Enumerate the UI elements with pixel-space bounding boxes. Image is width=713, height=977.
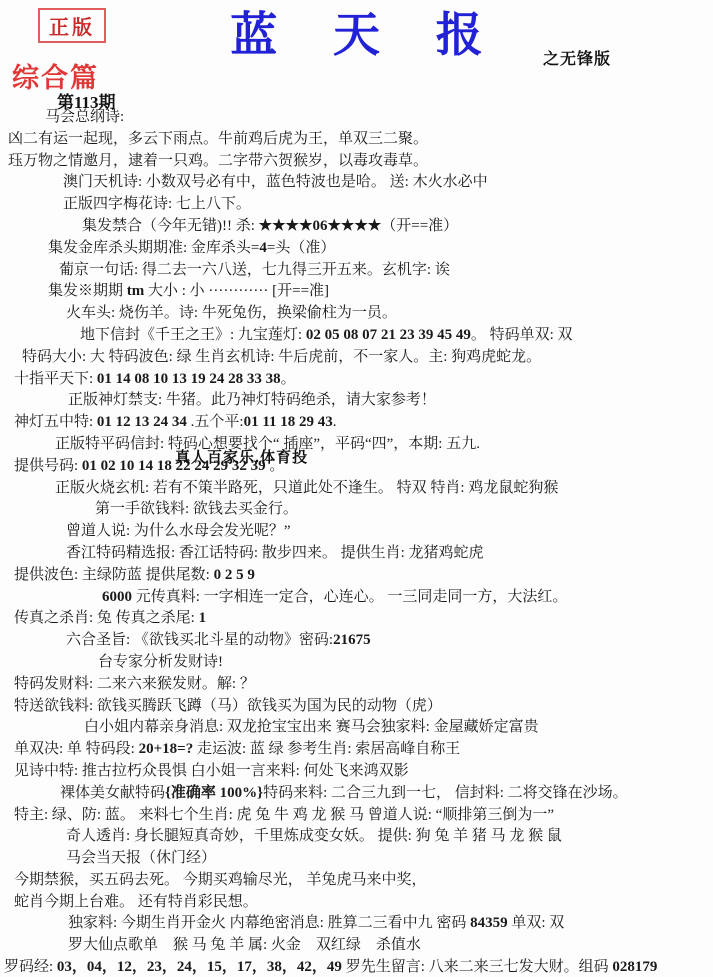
text-line: 集发金库杀头期期准: 金库杀头=4=头（准）	[0, 238, 713, 260]
text-line: 独家料: 今期生肖开金火 内幕绝密消息: 胜算二三看中九 密码 84359 单双…	[0, 913, 713, 935]
text-segment: 地下信封《千王之王》: 九宝莲灯:	[80, 327, 306, 343]
text-segment: 传真之杀肖: 兔 传真之杀尾:	[14, 610, 199, 626]
text-segment: 提供号码:	[14, 458, 82, 474]
text-segment: 火车头: 烧伤羊。诗: 牛死兔伤，换梁偷柱为一员。	[66, 305, 397, 321]
text-line: 集发※期期 tm 大小 : 小 ············ [开==准]	[0, 281, 713, 303]
text-segment-bold: 01 11 18 29 43	[244, 414, 333, 430]
text-line: 罗码经: 03，04，12，23，24，15，17，38，42，49 罗先生留言…	[0, 957, 713, 977]
text-line: 台专家分析发财诗!	[0, 652, 713, 674]
text-segment: 单双: 双	[508, 915, 565, 931]
text-segment: （开==准）	[381, 218, 458, 234]
text-line: 第一手欲钱料: 欲钱去买金行。	[0, 499, 713, 521]
edition-label: 之无锋版	[543, 46, 611, 69]
text-segment: 罗码经:	[4, 959, 57, 975]
text-line: 六合圣旨: 《欲钱买北斗星的动物》密码:21675	[0, 630, 713, 652]
text-line: 火车头: 烧伤羊。诗: 牛死兔伤，换梁偷柱为一员。	[0, 303, 713, 325]
text-segment-bold: 01 14 08 10 13 19 24 28 33 38	[97, 371, 281, 387]
text-line: 澳门天机诗: 小数双号必有中，蓝色特波也是哈。 送: 木火水必中	[0, 172, 713, 194]
text-line: 凶二有运一起现，多云下雨点。牛前鸡后虎为王，单双三二聚。	[0, 129, 713, 151]
text-line: 特码大小: 大 特码波色: 绿 生肖玄机诗: 牛后虎前，不一家人。主: 狗鸡虎蛇…	[0, 347, 713, 369]
text-segment: 正版四字梅花诗: 七上八下。	[63, 196, 251, 212]
text-segment: 。 特码单双: 双	[471, 327, 573, 343]
text-segment: 特码发财料: 二来六来猴发财。解: ？	[14, 676, 255, 692]
text-segment: .五个平:	[187, 414, 244, 430]
text-line: 白小姐内幕亲身消息: 双龙抢宝宝出来 赛马会独家料: 金屋藏娇定富贵	[0, 717, 713, 739]
text-segment: 大小 : 小 ············ [开==准]	[144, 283, 329, 299]
text-segment: 走运波: 蓝 绿 参考生肖: 索居高峰自称王	[193, 741, 460, 757]
text-line: 马会当天报（休门经）	[0, 848, 713, 870]
text-segment-bold: 1	[199, 610, 207, 626]
text-line: 地下信封《千王之王》: 九宝莲灯: 02 05 08 07 21 23 39 4…	[0, 325, 713, 347]
text-segment: 特主: 绿、防: 蓝。 来料七个生肖: 虎 兔 牛 鸡 龙 猴 马 曾道人说: …	[14, 807, 554, 823]
text-segment: 奇人透肖: 身长腿短真奇妙，千里炼成变女妖。 提供: 狗 兔 羊 猪 马 龙 猴…	[66, 828, 562, 844]
scanned-lottery-page: 正版 蓝 天 报 之无锋版 综合篇 第113期 马会总纲诗:凶二有运一起现，多云…	[0, 0, 713, 977]
text-segment: 曾道人说: 为什么水母会发光呢？”	[66, 523, 291, 539]
text-segment: 特送欲钱料: 欲钱买腾跃飞蹲（马）欲钱买为国为民的动物（虎）	[14, 698, 442, 714]
text-segment: 今期禁猴，买五码去死。 今期买鸡输尽光， 羊兔虎马来中奖，	[14, 872, 427, 888]
text-segment: 独家料: 今期生肖开金火 内幕绝密消息: 胜算二三看中九 密码	[68, 915, 470, 931]
text-line: 十指平天下: 01 14 08 10 13 19 24 28 33 38。	[0, 369, 713, 391]
text-line: 蛇肖今期上台难。 还有特肖彩民想。	[0, 892, 713, 914]
text-line: 裸体美女献特码{准确率 100%}特码来料: 二合三九到一七， 信封料: 二将交…	[0, 783, 713, 805]
text-segment: =头（准）	[267, 240, 335, 256]
text-segment: 元传真料: 一字相连一定合，心连心。 一三同走同一方，大法红。	[132, 589, 567, 605]
text-segment: 提供波色: 主绿防蓝 提供尾数:	[14, 567, 214, 583]
text-line: 今期禁猴，买五码去死。 今期买鸡输尽光， 羊兔虎马来中奖，	[0, 870, 713, 892]
text-segment: 十指平天下:	[14, 371, 97, 387]
text-line: 集发禁合（今年无错)!! 杀: ★★★★06★★★★（开==准）	[0, 216, 713, 238]
text-segment-bold: 03，04，12，23，24，15，17，38，42，49	[57, 959, 342, 975]
text-line: 正版火烧玄机: 若有不策半路死，只道此处不逢生。 特双 特肖: 鸡龙鼠蛇狗猴	[0, 478, 713, 500]
text-line: 曾道人说: 为什么水母会发光呢？”	[0, 521, 713, 543]
text-line: 特码发财料: 二来六来猴发财。解: ？	[0, 674, 713, 696]
text-line: 传真之杀肖: 兔 传真之杀尾: 1	[0, 608, 713, 630]
text-line: 6000 元传真料: 一字相连一定合，心连心。 一三同走同一方，大法红。	[0, 587, 713, 609]
text-segment: 六合圣旨: 《欲钱买北斗星的动物》密码:	[66, 632, 333, 648]
watermark-text: 真人百家乐.体育投	[175, 446, 308, 467]
text-segment: 马会总纲诗:	[45, 109, 124, 125]
text-line: 奇人透肖: 身长腿短真奇妙，千里炼成变女妖。 提供: 狗 兔 羊 猪 马 龙 猴…	[0, 826, 713, 848]
text-segment: 神灯五中特:	[14, 414, 97, 430]
text-segment-bold: ★★★★06★★★★	[259, 218, 382, 234]
text-line: 特送欲钱料: 欲钱买腾跃飞蹲（马）欲钱买为国为民的动物（虎）	[0, 696, 713, 718]
text-line: 神灯五中特: 01 12 13 24 34 .五个平:01 11 18 29 4…	[0, 412, 713, 434]
text-segment-bold: 02 05 08 07 21 23 39 45 49	[306, 327, 471, 343]
text-segment: 罗大仙点歌单 猴 马 兔 羊 属: 火金 双红绿 杀值水	[68, 937, 421, 953]
text-segment: 珏万物之情邀月，逮着一只鸡。二字带六贺猴岁，以毒攻毒草。	[8, 153, 428, 169]
text-segment: 香江特码精选报: 香江话特码: 散步四来。 提供生肖: 龙猪鸡蛇虎	[66, 545, 484, 561]
text-line: 正版特平码信封: 特码心想要找个“ 插座”，平码“四”，本期: 五九.	[0, 434, 713, 456]
text-segment-bold: 84359	[470, 915, 508, 931]
text-line: 特主: 绿、防: 蓝。 来料七个生肖: 虎 兔 牛 鸡 龙 猴 马 曾道人说: …	[0, 805, 713, 827]
text-segment-bold: {准确率 100%}	[165, 785, 263, 801]
text-segment: 马会当天报（休门经）	[66, 850, 216, 866]
text-line: 正版神灯禁支: 牛猪。此乃神灯特码绝杀，请大家参考！	[0, 390, 713, 412]
text-segment: 正版神灯禁支: 牛猪。此乃神灯特码绝杀，请大家参考！	[68, 392, 436, 408]
text-line: 葡京一句话: 得二去一六八送，七九得三开五来。玄机字: 诶	[0, 260, 713, 282]
text-segment: .	[333, 414, 337, 430]
text-segment-bold: tm	[127, 283, 145, 299]
text-segment: 特码大小: 大 特码波色: 绿 生肖玄机诗: 牛后虎前，不一家人。主: 狗鸡虎蛇…	[22, 349, 541, 365]
text-line: 香江特码精选报: 香江话特码: 散步四来。 提供生肖: 龙猪鸡蛇虎	[0, 543, 713, 565]
text-segment: 特码来料: 二合三九到一七， 信封料: 二将交锋在沙场。	[263, 785, 628, 801]
text-segment: 第一手欲钱料: 欲钱去买金行。	[95, 501, 298, 517]
text-segment: 葡京一句话: 得二去一六八送，七九得三开五来。玄机字: 诶	[59, 262, 450, 278]
text-segment-bold: 6000	[102, 589, 132, 605]
text-line: 单双决: 单 特码段: 20+18=? 走运波: 蓝 绿 参考生肖: 索居高峰自…	[0, 739, 713, 761]
text-segment: 白小姐内幕亲身消息: 双龙抢宝宝出来 赛马会独家料: 金屋藏娇定富贵	[84, 719, 539, 735]
text-segment: 蛇肖今期上台难。 还有特肖彩民想。	[14, 894, 258, 910]
text-segment-bold: 01 12 13 24 34	[97, 414, 187, 430]
text-segment-bold: 20+18=?	[139, 741, 194, 757]
text-line: 罗大仙点歌单 猴 马 兔 羊 属: 火金 双红绿 杀值水	[0, 935, 713, 957]
text-segment: 凶二有运一起现，多云下雨点。牛前鸡后虎为王，单双三二聚。	[8, 131, 428, 147]
text-line: 珏万物之情邀月，逮着一只鸡。二字带六贺猴岁，以毒攻毒草。	[0, 151, 713, 173]
text-line: 提供波色: 主绿防蓝 提供尾数: 0 2 5 9	[0, 565, 713, 587]
text-line: 正版四字梅花诗: 七上八下。	[0, 194, 713, 216]
document-lines: 马会总纲诗:凶二有运一起现，多云下雨点。牛前鸡后虎为王，单双三二聚。珏万物之情邀…	[0, 107, 713, 977]
text-segment: 。	[281, 371, 296, 387]
text-segment-bold: 21675	[333, 632, 371, 648]
text-segment: 澳门天机诗: 小数双号必有中，蓝色特波也是哈。 送: 木火水必中	[63, 174, 488, 190]
text-segment-bold: 4	[259, 240, 267, 256]
text-segment-bold: 028179	[612, 959, 657, 975]
text-segment: 单双决: 单 特码段:	[14, 741, 139, 757]
text-line: 马会总纲诗:	[0, 107, 713, 129]
text-line: 见诗中特: 推古拉朽众畏惧 白小姐一言来料: 何处飞来鸿双影	[0, 761, 713, 783]
text-segment: 正版火烧玄机: 若有不策半路死，只道此处不逢生。 特双 特肖: 鸡龙鼠蛇狗猴	[55, 480, 558, 496]
text-segment: 见诗中特: 推古拉朽众畏惧 白小姐一言来料: 何处飞来鸿双影	[14, 763, 409, 779]
text-segment: 罗先生留言: 八来二来三七发大财。组码	[342, 959, 612, 975]
text-segment: 裸体美女献特码	[60, 785, 165, 801]
text-segment: 台专家分析发财诗!	[98, 654, 223, 670]
text-segment: 集发金库杀头期期准: 金库杀头=	[48, 240, 259, 256]
text-segment-bold: 0 2 5 9	[214, 567, 255, 583]
text-line: 提供号码: 01 02 10 14 18 22 24 29 32 39 。	[0, 456, 713, 478]
text-segment: 集发禁合（今年无错)!! 杀:	[82, 218, 259, 234]
text-segment: 集发※期期	[48, 283, 127, 299]
